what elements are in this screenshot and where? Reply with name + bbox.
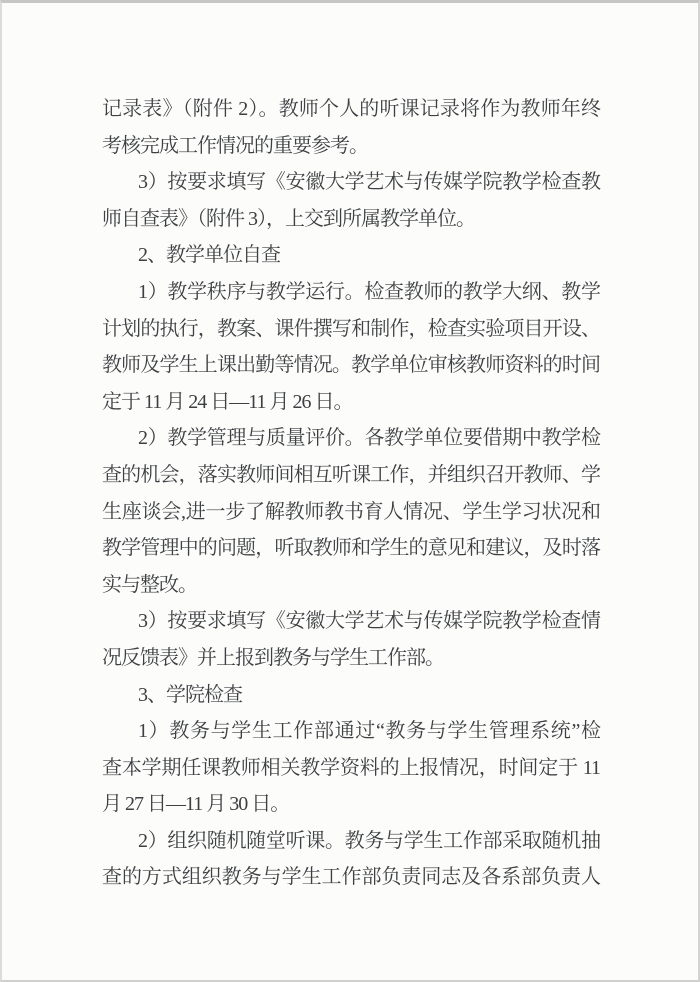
text-line: 况反馈表》并上报到教务与学生工作部。 [102,640,600,677]
text-line: 3）按要求填写《安徽大学艺术与传媒学院教学检查情 [102,603,600,640]
text-line: 生座谈会,进一步了解教师教书育人情况、学生学习状况和 [102,494,600,531]
text-line: 教师及学生上课出勤等情况。教学单位审核教师资料的时间 [102,347,600,384]
text-line: 查本学期任课教师相关教学资料的上报情况，时间定于 11 [102,750,600,787]
text-line: 定于 11 月 24 日—11 月 26 日。 [102,384,600,421]
text-line: 教学管理中的问题，听取教师和学生的意见和建议，及时落 [102,530,600,567]
text-line: 考核完成工作情况的重要参考。 [102,128,600,165]
section-heading-unit-self-check: 2、教学单位自查 [102,237,600,274]
text-line: 1）教务与学生工作部通过“教务与学生管理系统”检 [102,713,600,750]
section-heading-college-check: 3、学院检查 [102,677,600,714]
text-line: 1）教学秩序与教学运行。检查教师的教学大纲、教学 [102,274,600,311]
scanned-page: 记录表》（附件 2）。教师个人的听课记录将作为教师年终 考核完成工作情况的重要参… [0,0,700,982]
text-line: 查的机会，落实教师间相互听课工作，并组织召开教师、学 [102,457,600,494]
text-line: 记录表》（附件 2）。教师个人的听课记录将作为教师年终 [102,91,600,128]
text-line: 师自查表》（附件 3），上交到所属教学单位。 [102,201,600,238]
text-line: 3）按要求填写《安徽大学艺术与传媒学院教学检查教 [102,164,600,201]
text-line: 月 27 日—11 月 30 日。 [102,786,600,823]
text-line: 计划的执行，教案、课件撰写和制作，检查实验项目开设、 [102,311,600,348]
text-line: 2）教学管理与质量评价。各教学单位要借期中教学检 [102,420,600,457]
text-line: 2）组织随机随堂听课。教务与学生工作部采取随机抽 [102,823,600,860]
text-line: 实与整改。 [102,567,600,604]
text-line: 查的方式组织教务与学生工作部负责同志及各系部负责人 [102,859,600,896]
document-text-block: 记录表》（附件 2）。教师个人的听课记录将作为教师年终 考核完成工作情况的重要参… [102,91,600,896]
